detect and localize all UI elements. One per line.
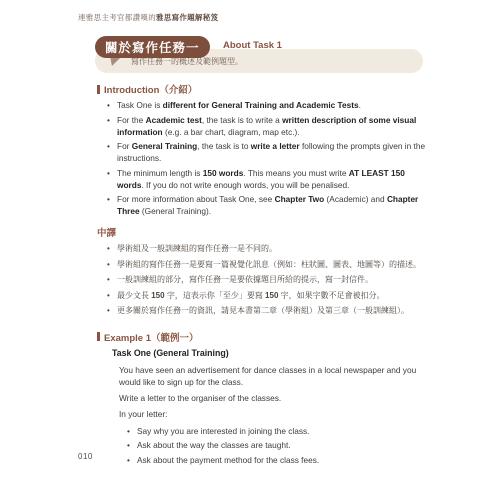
list-item: • 學術組及一般訓練組的寫作任務一是不同的。 bbox=[107, 244, 427, 254]
bullet-text: 學術組及一般訓練組的寫作任務一是不同的。 bbox=[117, 244, 277, 254]
bullet-dot: • bbox=[107, 244, 117, 254]
section-heading-translation: 中譯 bbox=[97, 225, 427, 239]
section-marker-bar bbox=[97, 332, 100, 341]
bullet-dot: • bbox=[127, 425, 137, 437]
list-item: • 最少文長 150 字，這表示你「至少」要寫 150 字，如果字數不足會被扣分… bbox=[107, 291, 427, 301]
list-item: • Ask about the way the classes are taug… bbox=[127, 439, 427, 451]
section-heading-introduction: Introduction（介紹） bbox=[97, 82, 427, 96]
bullet-text: Ask about the payment method for the cla… bbox=[137, 454, 319, 466]
bullet-dot: • bbox=[107, 306, 117, 316]
list-item: • 更多關於寫作任務一的資訊，請見本書第二章（學術組）及第三章（一般訓練組）。 bbox=[107, 306, 427, 316]
bullet-text: 更多關於寫作任務一的資訊，請見本書第二章（學術組）及第三章（一般訓練組）。 bbox=[117, 306, 409, 316]
running-head-prefix: 連雅思主考官都讚嘆的 bbox=[78, 13, 156, 22]
bullet-text: For the Academic test, the task is to wr… bbox=[117, 114, 427, 138]
bullet-text: Say why you are interested in joining th… bbox=[137, 425, 310, 437]
bullet-text: For General Training, the task is to wri… bbox=[117, 140, 427, 164]
introduction-bullet-list: • Task One is different for General Trai… bbox=[107, 99, 427, 217]
bullet-text: The minimum length is 150 words. This me… bbox=[117, 167, 427, 191]
translation-bullet-list: • 學術組及一般訓練組的寫作任務一是不同的。 • 學術組的寫作任務一是要寫一篇視… bbox=[107, 244, 427, 316]
list-item: • Ask about the payment method for the c… bbox=[127, 454, 427, 466]
title-banner: 關於寫作任務一 About Task 1 寫作任務一的概述及範例題型。 bbox=[95, 36, 425, 76]
list-item: • 學術組的寫作任務一是要寫一篇視覺化訊息（例如：柱狀圖、圖表、地圖等）的描述。 bbox=[107, 260, 427, 270]
bullet-text: For more information about Task One, see… bbox=[117, 193, 427, 217]
bullet-dot: • bbox=[127, 439, 137, 451]
list-item: • Task One is different for General Trai… bbox=[107, 99, 427, 111]
bullet-dot: • bbox=[107, 260, 117, 270]
list-item: • For the Academic test, the task is to … bbox=[107, 114, 427, 138]
task-paragraph: You have seen an advertisement for dance… bbox=[119, 364, 417, 388]
page-number: 010 bbox=[78, 452, 93, 461]
bullet-text: 學術組的寫作任務一是要寫一篇視覺化訊息（例如：柱狀圖、圖表、地圖等）的描述。 bbox=[117, 260, 421, 270]
task-paragraph: Write a letter to the organiser of the c… bbox=[119, 392, 417, 404]
task-paragraph: In your letter: bbox=[119, 408, 417, 420]
chapter-badge: 關於寫作任務一 bbox=[95, 36, 210, 58]
running-head: 連雅思主考官都讚嘆的雅思寫作題解秘笈 bbox=[78, 12, 218, 23]
bullet-dot: • bbox=[107, 193, 117, 217]
page-content: Introduction（介紹） • Task One is different… bbox=[97, 82, 427, 468]
list-item: • The minimum length is 150 words. This … bbox=[107, 167, 427, 191]
bullet-text: Task One is different for General Traini… bbox=[117, 99, 361, 111]
list-item: • 一般訓練組的部分，寫作任務一是要依據題目所給的提示，寫一封信件。 bbox=[107, 275, 427, 285]
bullet-text: 一般訓練組的部分，寫作任務一是要依據題目所給的提示，寫一封信件。 bbox=[117, 275, 373, 285]
section-heading-label: Introduction（介紹） bbox=[104, 82, 197, 96]
about-task-title: About Task 1 bbox=[223, 40, 282, 51]
bullet-dot: • bbox=[127, 454, 137, 466]
bullet-dot: • bbox=[107, 291, 117, 301]
bullet-dot: • bbox=[107, 275, 117, 285]
list-item: • For General Training, the task is to w… bbox=[107, 140, 427, 164]
list-item: • Say why you are interested in joining … bbox=[127, 425, 427, 437]
section-heading-label: Example 1（範例一） bbox=[104, 330, 199, 344]
bullet-dot: • bbox=[107, 99, 117, 111]
bullet-dot: • bbox=[107, 167, 117, 191]
task-title: Task One (General Training) bbox=[112, 348, 427, 358]
running-head-book-title: 雅思寫作題解秘笈 bbox=[156, 13, 218, 22]
letter-bullet-list: • Say why you are interested in joining … bbox=[127, 425, 427, 466]
book-page: 連雅思主考官都讚嘆的雅思寫作題解秘笈 關於寫作任務一 About Task 1 … bbox=[0, 0, 486, 486]
section-marker-bar bbox=[97, 85, 100, 94]
list-item: • For more information about Task One, s… bbox=[107, 193, 427, 217]
bullet-text: 最少文長 150 字，這表示你「至少」要寫 150 字，如果字數不足會被扣分。 bbox=[117, 291, 385, 301]
bullet-text: Ask about the way the classes are taught… bbox=[137, 439, 291, 451]
bullet-dot: • bbox=[107, 140, 117, 164]
section-heading-example: Example 1（範例一） bbox=[97, 330, 427, 344]
bullet-dot: • bbox=[107, 114, 117, 138]
